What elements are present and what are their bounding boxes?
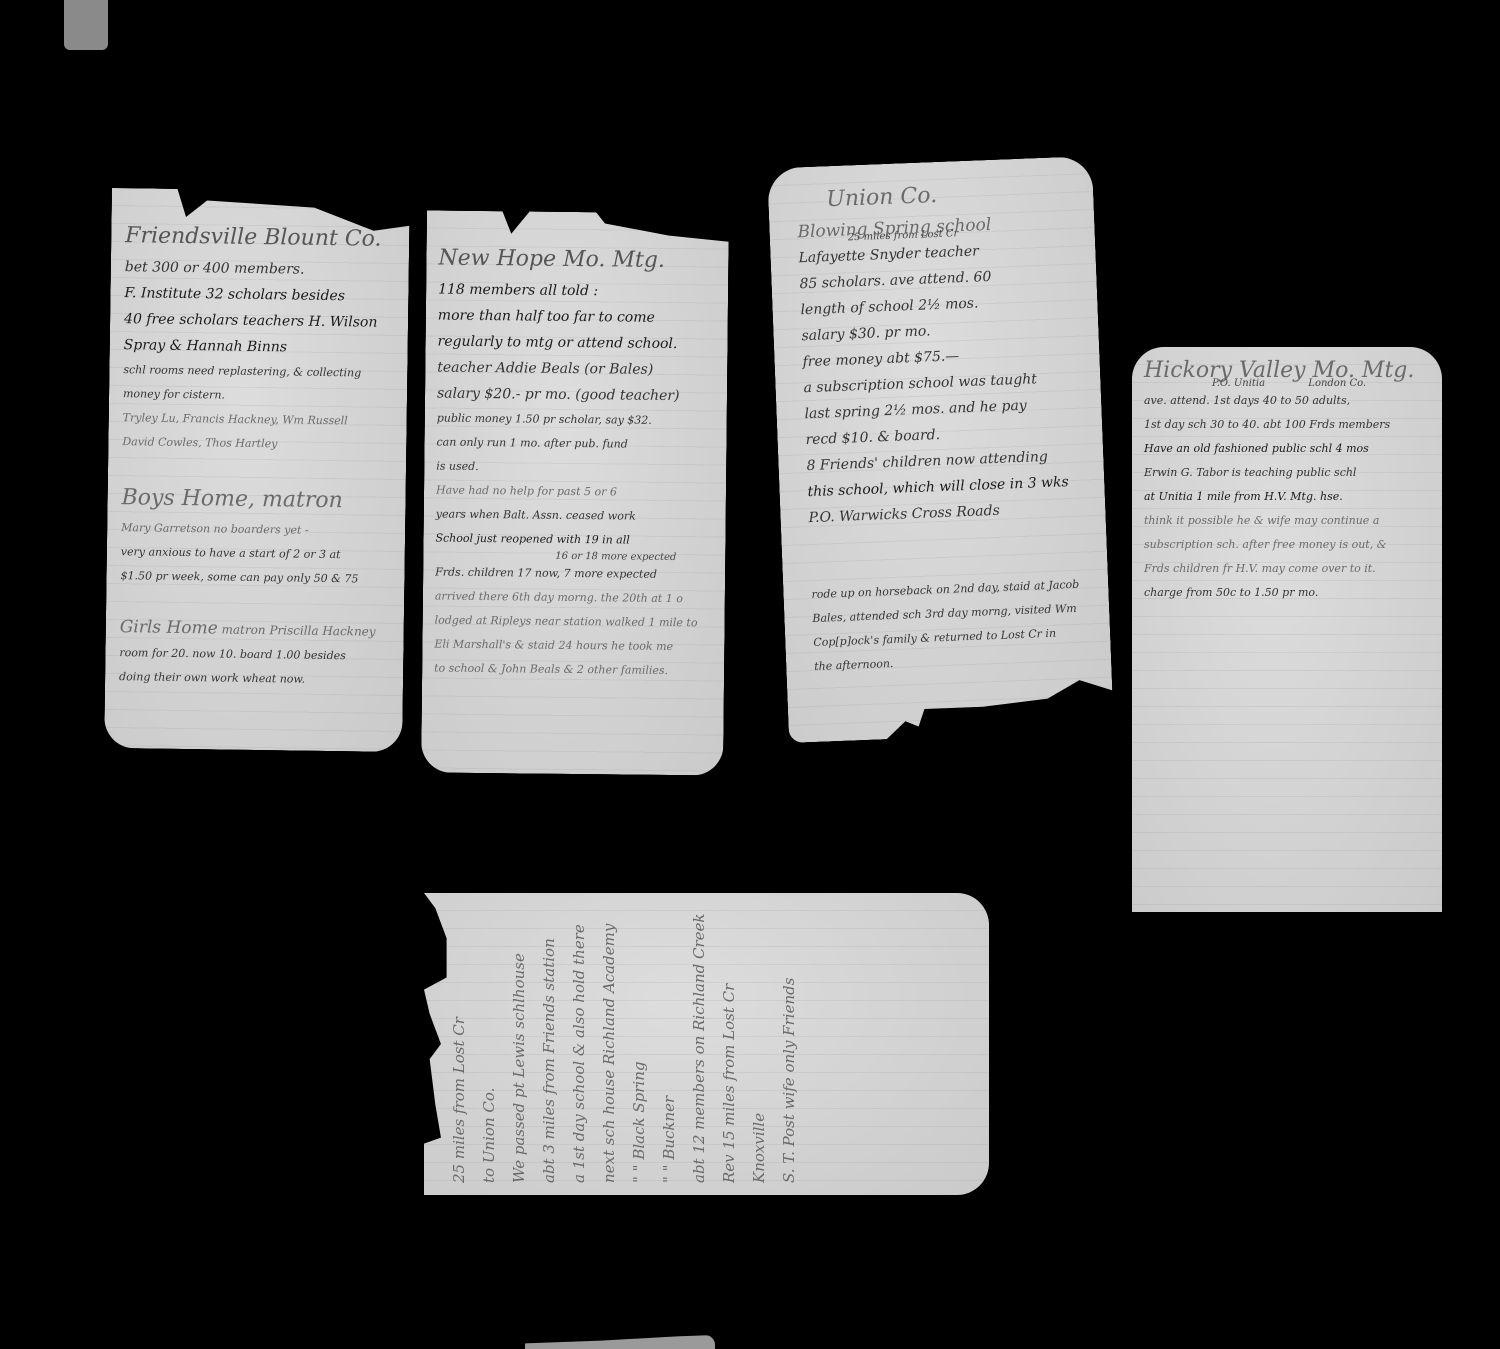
note-line: can only run 1 mo. after pub. fund xyxy=(436,431,720,458)
note-line: regularly to mtg or attend school. xyxy=(437,329,721,358)
card-title: Friendsville Blount Co. xyxy=(125,218,399,258)
note-line: at Unitia 1 mile from H.V. Mtg. hse. xyxy=(1144,485,1438,509)
note-line: bet 300 or 400 members. xyxy=(125,254,399,284)
note-line: Rev 15 miles from Lost Cr xyxy=(714,893,744,1183)
note-card-union-co: Union Co. Blowing Spring school 25 miles… xyxy=(767,156,1114,743)
note-line: Spray & Hannah Binns xyxy=(124,332,398,362)
note-line: F. Institute 32 scholars besides xyxy=(124,280,398,310)
note-line: $1.50 pr week, some can pay only 50 & 75 xyxy=(120,564,394,592)
note-line: 40 free scholars teachers H. Wilson xyxy=(124,306,398,336)
note-line: Have had no help for past 5 or 6 xyxy=(436,479,720,506)
note-line: Erwin G. Tabor is teaching public schl xyxy=(1144,461,1438,485)
note-line: Have an old fashioned public schl 4 mos xyxy=(1144,437,1438,461)
spacer xyxy=(120,588,394,618)
note-line: to Union Co. xyxy=(474,893,504,1183)
note-line: Knoxville xyxy=(744,893,774,1183)
note-card-new-hope: New Hope Mo. Mtg. 118 members all told :… xyxy=(421,210,729,775)
note-line: " " Black Spring xyxy=(624,893,654,1183)
note-line: Frds. children 17 now, 7 more expected xyxy=(435,561,719,588)
section-heading: Boys Home, matron xyxy=(121,480,395,520)
note-line: charge from 50c to 1.50 pr mo. xyxy=(1144,581,1438,605)
note-line: abt 12 members on Richland Creek xyxy=(684,893,714,1183)
rotated-text-block: 25 miles from Lost Cr to Union Co. We pa… xyxy=(444,893,804,1183)
note-line: is used. xyxy=(436,455,720,482)
note-line: arrived there 6th day morng. the 20th at… xyxy=(435,585,719,612)
note-line: next sch house Richland Academy xyxy=(594,893,624,1183)
note-line: abt 3 miles from Friends station xyxy=(534,893,564,1183)
note-line: subscription sch. after free money is ou… xyxy=(1144,533,1438,557)
section-heading-title: Girls Home xyxy=(120,617,218,638)
paper-fragment-top xyxy=(64,0,108,50)
paper-fragment-bottom xyxy=(525,1335,715,1349)
note-line: We passed pt Lewis schlhouse xyxy=(504,893,534,1183)
note-line: to school & John Beals & 2 other familie… xyxy=(434,657,718,684)
note-card-friendsville: Friendsville Blount Co. bet 300 or 400 m… xyxy=(104,188,410,752)
note-line: Frds children fr H.V. may come over to i… xyxy=(1144,557,1438,581)
card-title: New Hope Mo. Mtg. xyxy=(438,241,722,280)
note-line: years when Balt. Assn. ceased work xyxy=(436,503,720,530)
section-heading-rest: matron Priscilla Hackney xyxy=(218,622,376,638)
note-line: David Cowles, Thos Hartley xyxy=(122,430,396,458)
section-heading: Girls Home matron Priscilla Hackney xyxy=(120,614,394,645)
post-office-note: P.O. Unitia xyxy=(1212,378,1265,389)
note-line: more than half too far to come xyxy=(438,303,722,332)
note-line: ave. attend. 1st days 40 to 50 adults, xyxy=(1144,389,1438,413)
note-line: 1st day sch 30 to 40. abt 100 Frds membe… xyxy=(1144,413,1438,437)
note-line: lodged at Ripleys near station walked 1 … xyxy=(435,609,719,636)
note-line: think it possible he & wife may continue… xyxy=(1144,509,1438,533)
note-line: 118 members all told : xyxy=(438,277,722,306)
note-line: public money 1.50 pr scholar, say $32. xyxy=(437,407,721,434)
spacer xyxy=(122,454,396,484)
note-line: a 1st day school & also hold there xyxy=(564,893,594,1183)
note-line: " " Buckner xyxy=(654,893,684,1183)
county-note: London Co. xyxy=(1268,378,1366,389)
note-line: 25 miles from Lost Cr xyxy=(444,893,474,1183)
note-line: salary $20.- pr mo. (good teacher) xyxy=(437,381,721,410)
note-line: School just reopened with 19 in all xyxy=(435,527,719,554)
note-line: teacher Addie Beals (or Bales) xyxy=(437,355,721,384)
note-card-rotated: 25 miles from Lost Cr to Union Co. We pa… xyxy=(424,893,989,1195)
note-line: Eli Marshall's & staid 24 hours he took … xyxy=(434,633,718,660)
note-line: doing their own work wheat now. xyxy=(119,665,393,693)
note-line: S. T. Post wife only Friends xyxy=(774,893,804,1183)
note-card-hickory-valley: Hickory Valley Mo. Mtg. P.O. Unitia Lond… xyxy=(1132,347,1442,912)
